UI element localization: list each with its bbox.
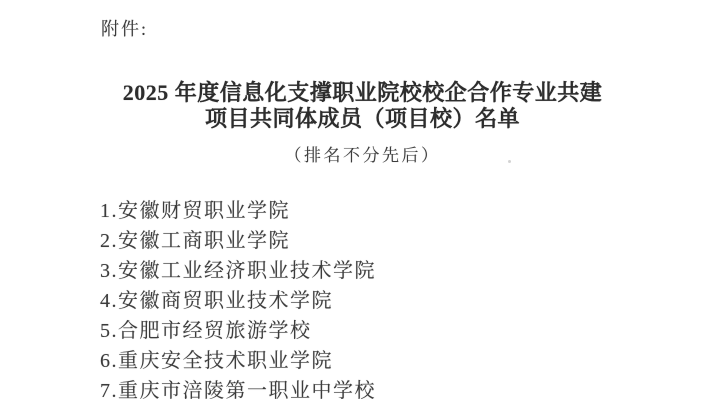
list-item: 5.合肥市经贸旅游学校 xyxy=(100,316,376,346)
document-title: 2025 年度信息化支撑职业院校校企合作专业共建 项目共同体成员（项目校）名单 xyxy=(0,80,725,132)
document-page: 附件: 2025 年度信息化支撑职业院校校企合作专业共建 项目共同体成员（项目校… xyxy=(0,0,725,399)
document-subtitle: （排名不分先后） xyxy=(0,141,725,166)
list-item: 6.重庆安全技术职业学院 xyxy=(100,346,376,376)
list-item: 7.重庆市涪陵第一职业中学校 xyxy=(100,376,376,399)
school-list: 1.安徽财贸职业学院 2.安徽工商职业学院 3.安徽工业经济职业技术学院 4.安… xyxy=(100,196,376,399)
document-title-line-2: 项目共同体成员（项目校）名单 xyxy=(0,106,725,132)
scan-speck-artifact xyxy=(508,160,511,163)
list-item: 4.安徽商贸职业技术学院 xyxy=(100,286,376,316)
document-title-line-1: 2025 年度信息化支撑职业院校校企合作专业共建 xyxy=(0,80,725,106)
attachment-label: 附件: xyxy=(101,15,148,41)
list-item: 2.安徽工商职业学院 xyxy=(100,226,376,256)
list-item: 3.安徽工业经济职业技术学院 xyxy=(100,256,376,286)
list-item: 1.安徽财贸职业学院 xyxy=(100,196,376,226)
